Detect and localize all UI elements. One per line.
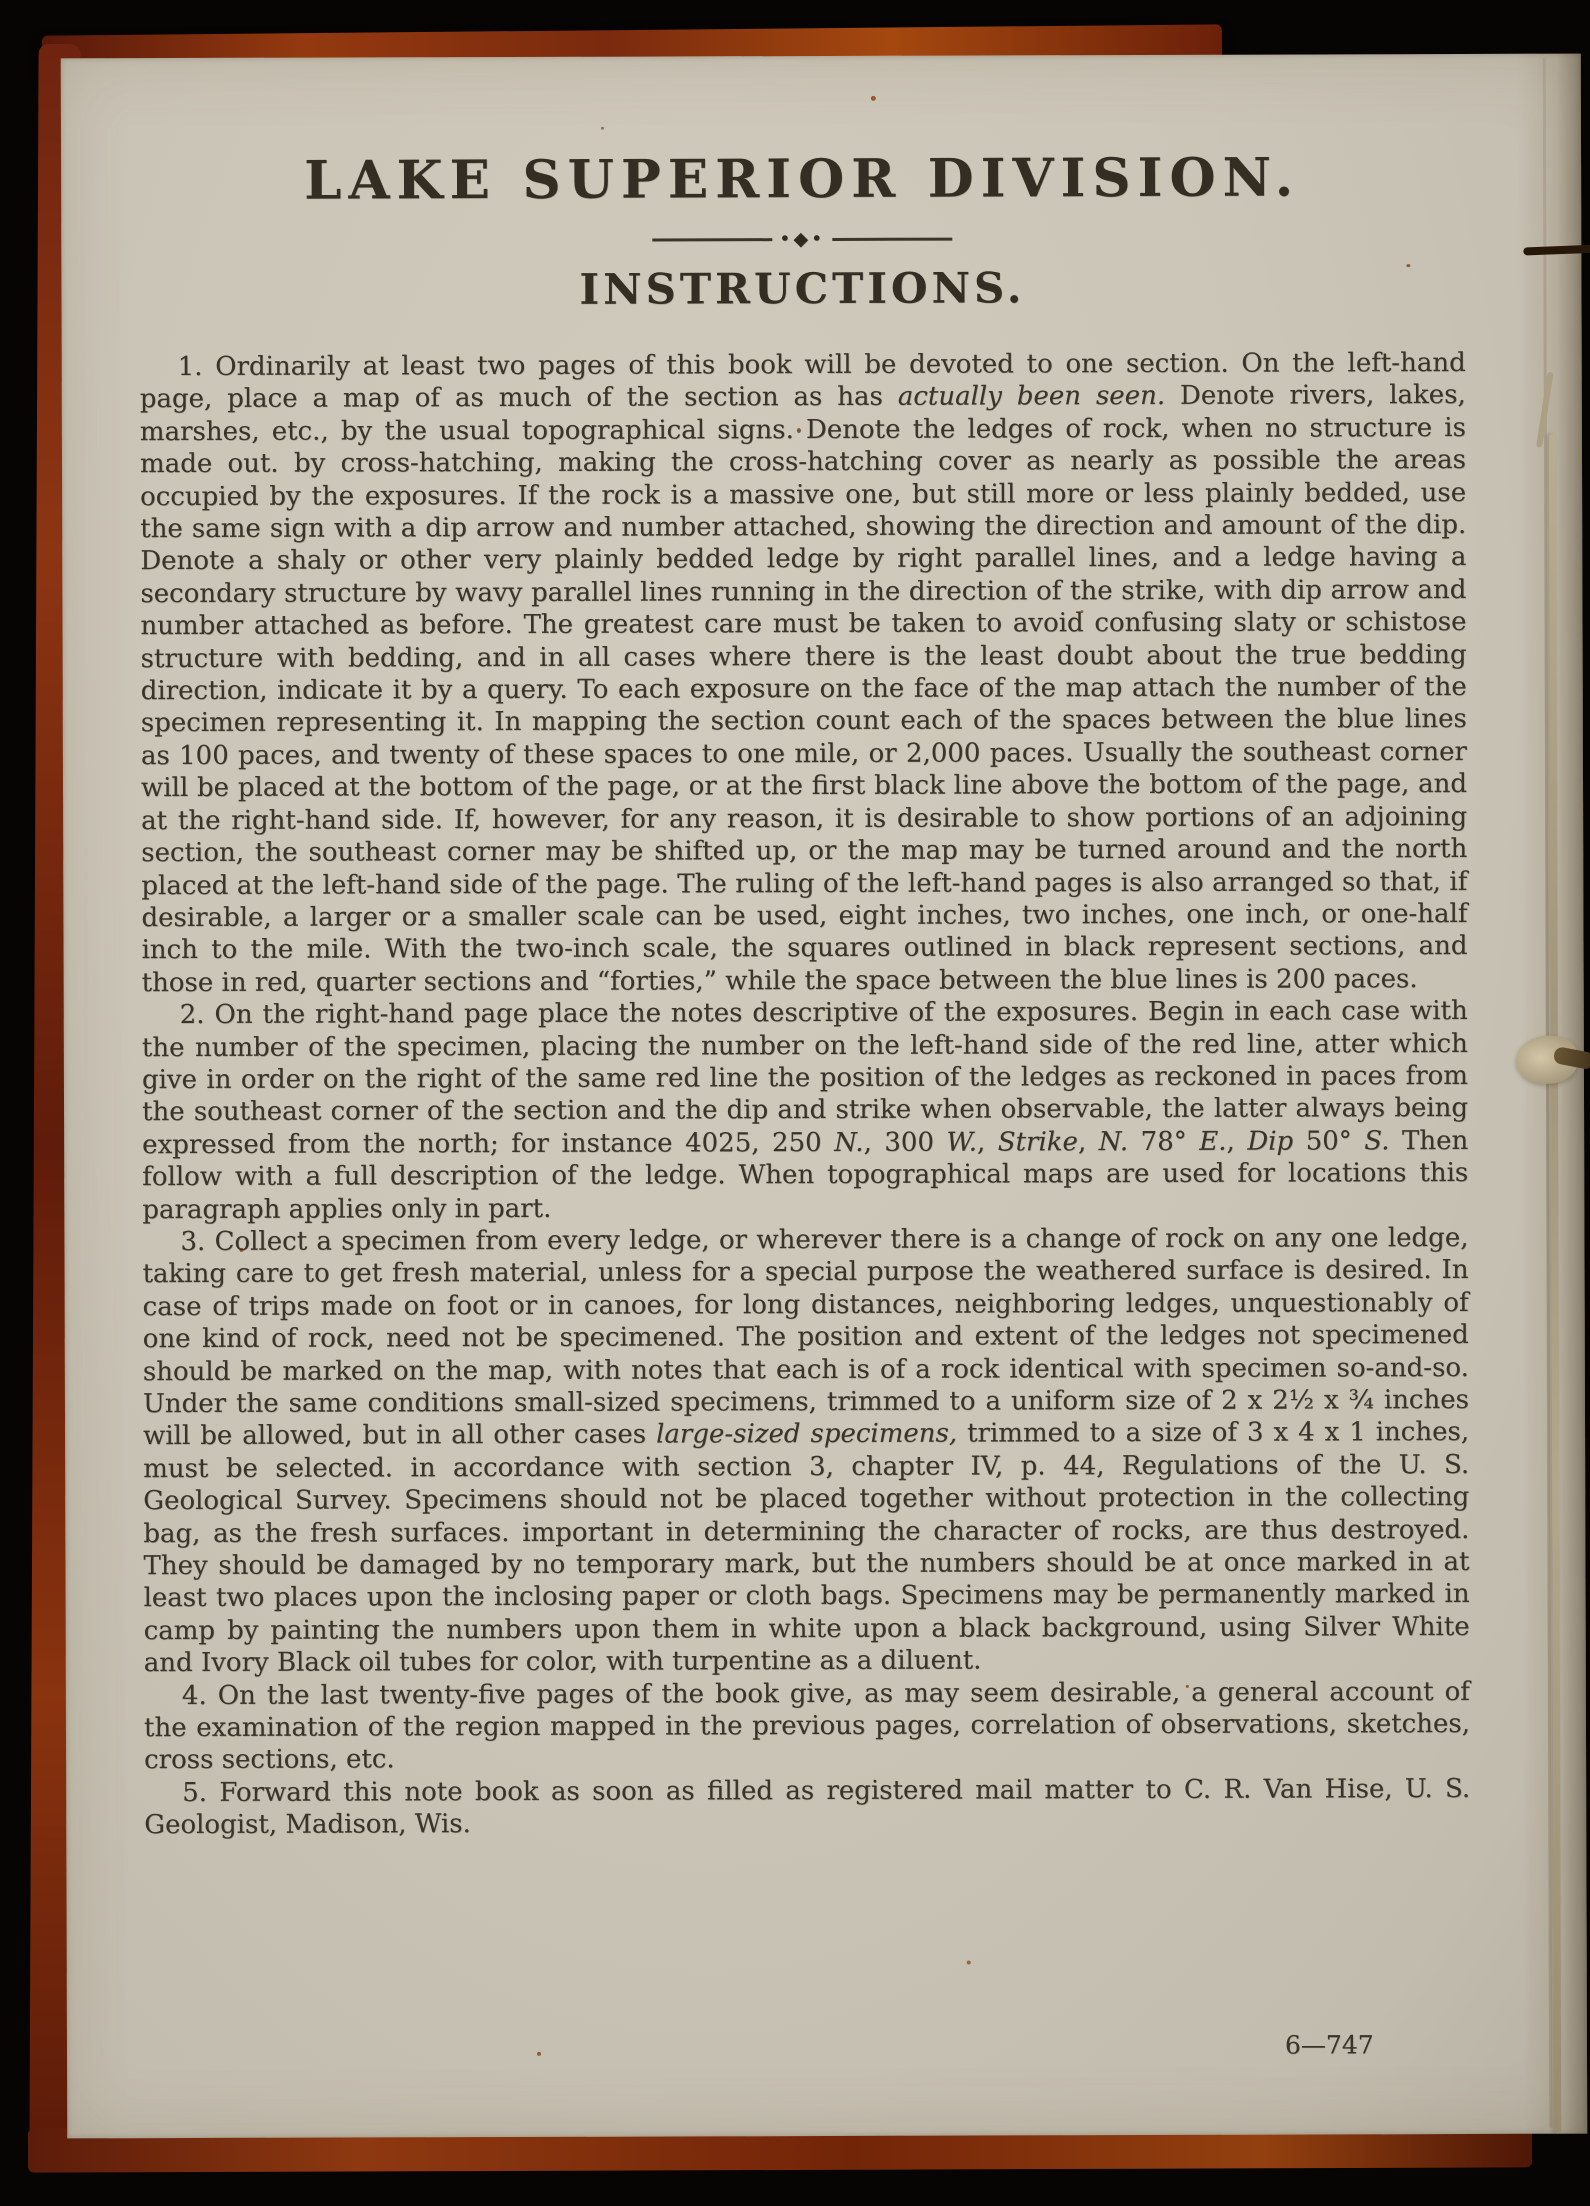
page-title: LAKE SUPERIOR DIVISION. bbox=[139, 146, 1465, 212]
instruction-paragraph: 5. Forward this note book as soon as fil… bbox=[144, 1773, 1470, 1842]
instructions-body: 1. Ordinarily at least two pages of this… bbox=[140, 347, 1471, 1842]
divider-rule-left bbox=[652, 238, 772, 241]
diamond-ornament-icon: •◆• bbox=[772, 228, 832, 250]
paper-page: LAKE SUPERIOR DIVISION. •◆• INSTRUCTIONS… bbox=[61, 54, 1588, 2139]
divider-rule-right bbox=[832, 237, 952, 240]
section-heading: INSTRUCTIONS. bbox=[139, 262, 1465, 315]
instruction-paragraph: 1. Ordinarily at least two pages of this… bbox=[140, 347, 1468, 999]
text-column: LAKE SUPERIOR DIVISION. •◆• INSTRUCTIONS… bbox=[139, 146, 1470, 1842]
instruction-paragraph: 3. Collect a specimen from every ledge, … bbox=[142, 1222, 1469, 1680]
divider-ornament: •◆• bbox=[139, 226, 1465, 252]
instruction-paragraph: 4. On the last twenty-five pages of the … bbox=[144, 1676, 1470, 1777]
print-code: 6—747 bbox=[1285, 2030, 1374, 2059]
instruction-paragraph: 2. On the right-hand page place the note… bbox=[142, 995, 1469, 1226]
scanned-notebook-page: LAKE SUPERIOR DIVISION. •◆• INSTRUCTIONS… bbox=[0, 0, 1590, 2206]
